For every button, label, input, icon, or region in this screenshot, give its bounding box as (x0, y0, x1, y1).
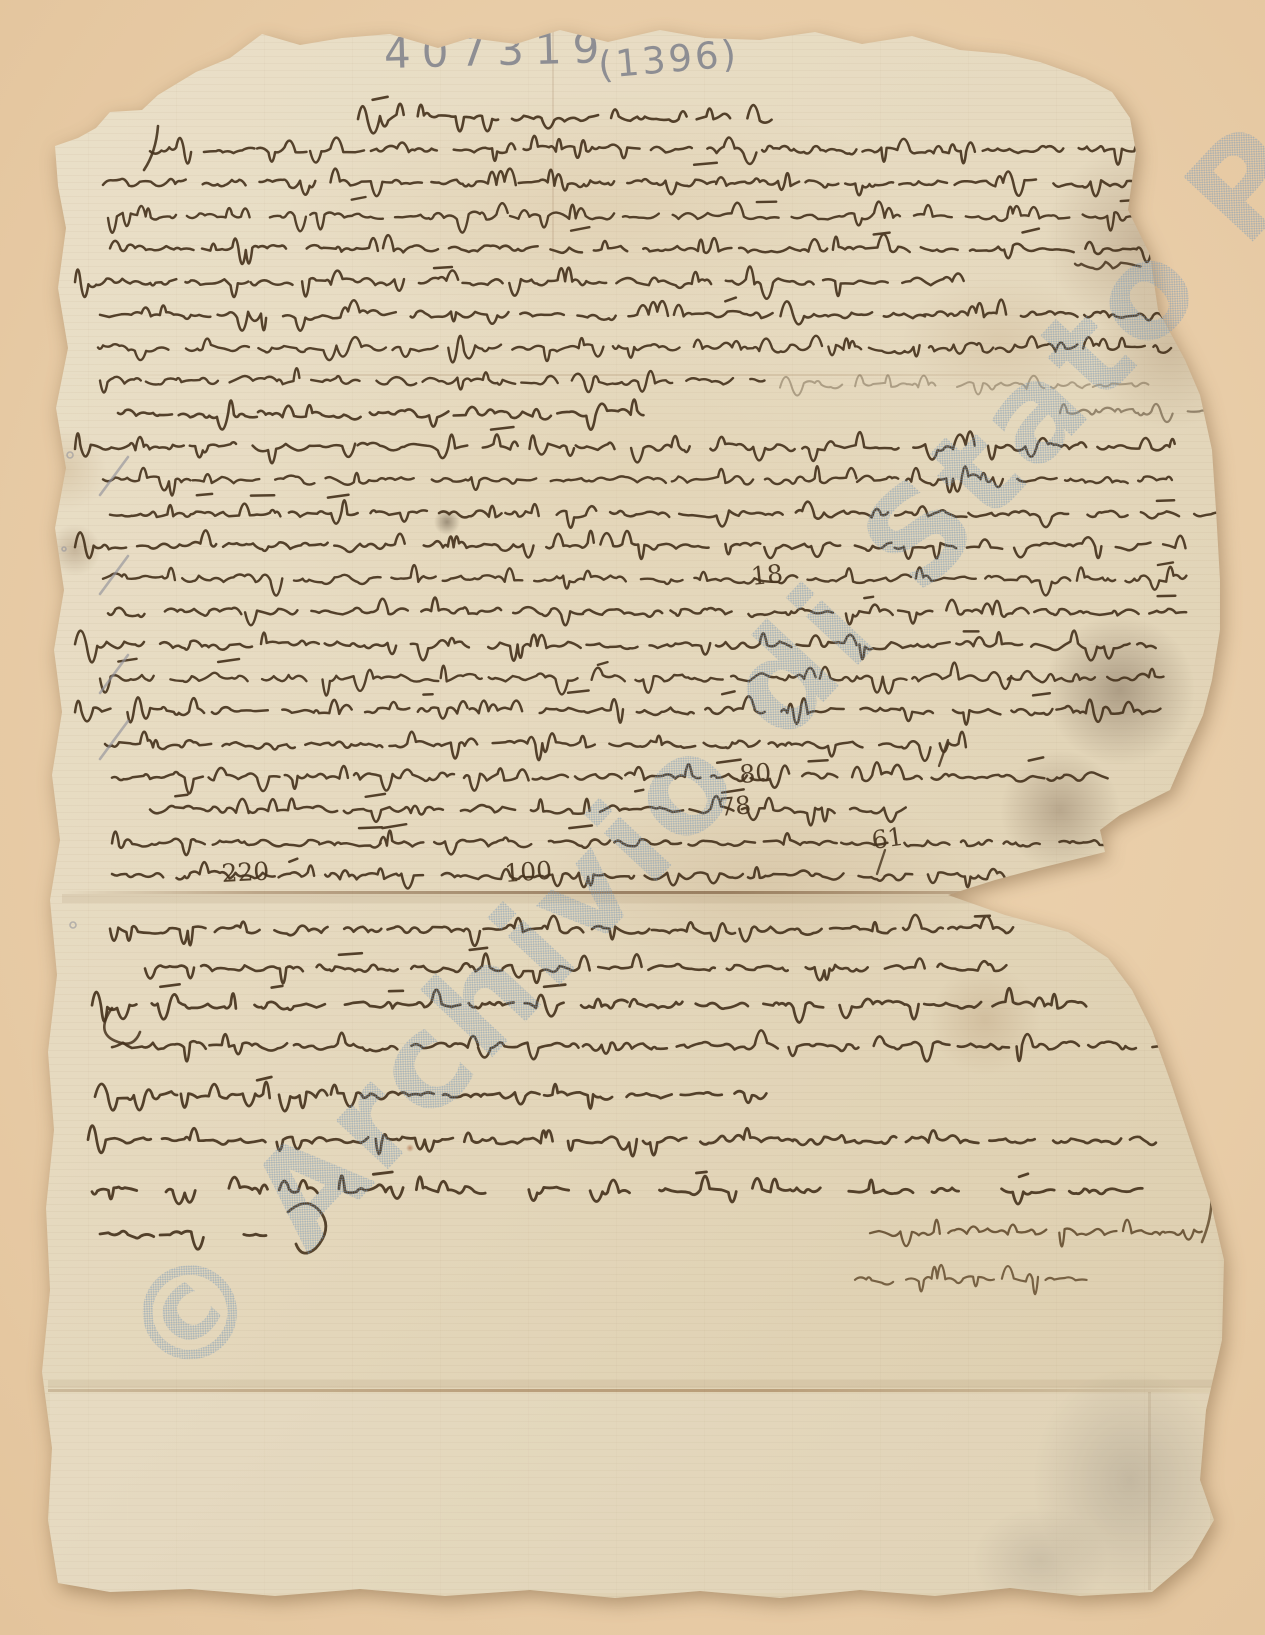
archival-number-annotation: 407319 (383, 23, 611, 78)
scan-background: 18807861220100 407319 (1396) © Archivio … (0, 0, 1265, 1635)
paper-shadow: 18807861220100 407319 (1396) (0, 0, 1265, 1635)
edge-shading (0, 0, 1265, 1635)
manuscript-scan-page: { "annotations": { "archival_number": "4… (0, 0, 1265, 1635)
parchment-sheet: 18807861220100 407319 (1396) (0, 0, 1265, 1635)
